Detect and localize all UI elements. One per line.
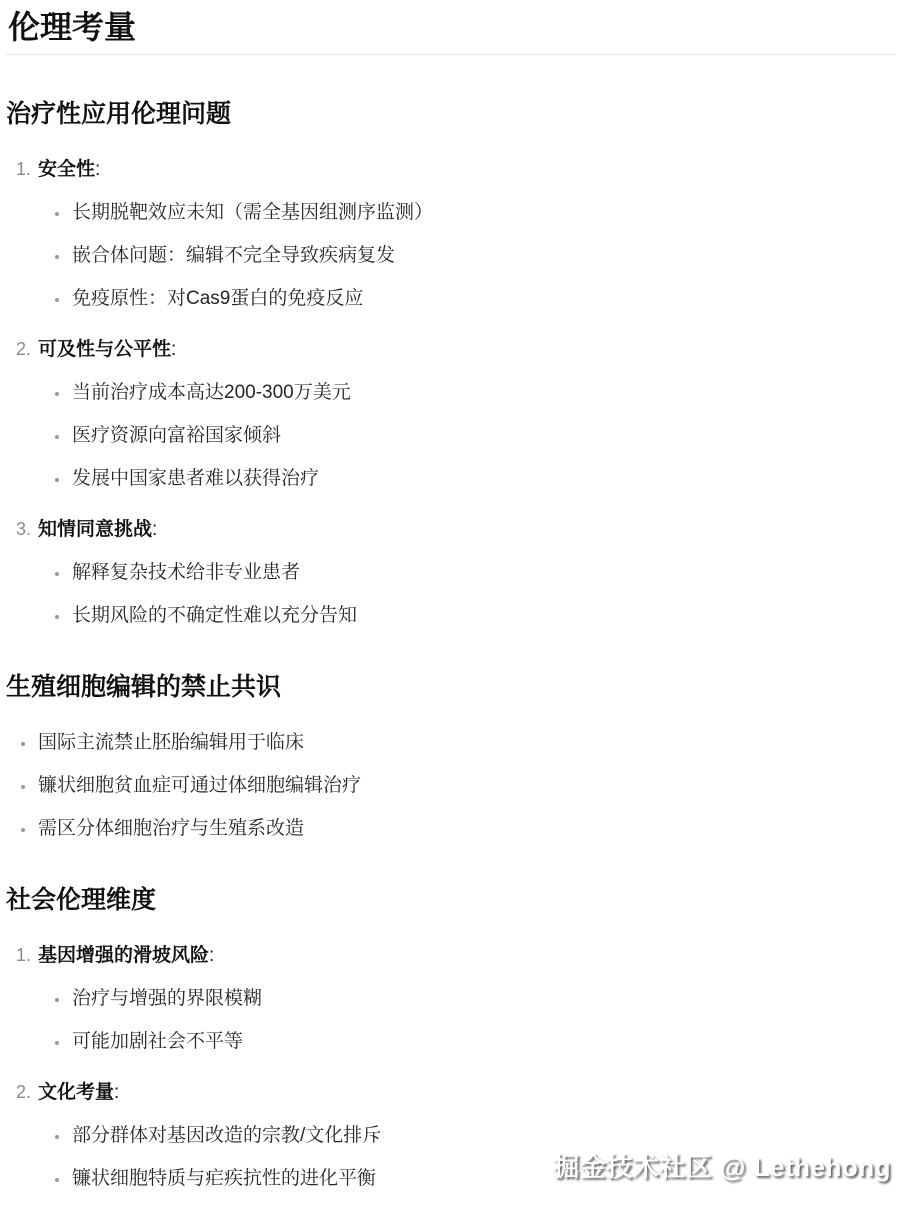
list-item: 安全性: 长期脱靶效应未知（需全基因组测序监测） 嵌合体问题：编辑不完全导致疾病… (36, 157, 895, 311)
list-item: 知情同意挑战: 解释复杂技术给非专业患者 长期风险的不确定性难以充分告知 (36, 517, 895, 628)
list-item-colon: : (171, 339, 176, 360)
list-item-label: 文化考量: (38, 1082, 119, 1103)
ordered-list: 安全性: 长期脱靶效应未知（需全基因组测序监测） 嵌合体问题：编辑不完全导致疾病… (6, 157, 895, 628)
bullet-item: 可能加剧社会不平等 (70, 1029, 895, 1054)
section-germline-ban: 生殖细胞编辑的禁止共识 国际主流禁止胚胎编辑用于临床 镰状细胞贫血症可通过体细胞… (6, 672, 895, 841)
sub-bullet-list: 当前治疗成本高达200-300万美元 医疗资源向富裕国家倾斜 发展中国家患者难以… (38, 380, 895, 491)
bullet-item: 长期脱靶效应未知（需全基因组测序监测） (70, 200, 895, 225)
list-item-colon: : (209, 945, 214, 966)
list-item-term: 可及性与公平性 (38, 339, 171, 360)
bullet-item: 免疫原性：对Cas9蛋白的免疫反应 (70, 286, 895, 311)
bullet-item: 镰状细胞贫血症可通过体细胞编辑治疗 (36, 773, 895, 798)
bullet-list: 国际主流禁止胚胎编辑用于临床 镰状细胞贫血症可通过体细胞编辑治疗 需区分体细胞治… (6, 730, 895, 841)
bullet-item: 嵌合体问题：编辑不完全导致疾病复发 (70, 243, 895, 268)
title-divider (6, 54, 895, 55)
list-item-colon: : (152, 519, 157, 540)
bullet-item: 长期风险的不确定性难以充分告知 (70, 603, 895, 628)
bullet-item: 医疗资源向富裕国家倾斜 (70, 423, 895, 448)
sub-bullet-list: 解释复杂技术给非专业患者 长期风险的不确定性难以充分告知 (38, 560, 895, 628)
section-heading: 社会伦理维度 (6, 885, 895, 916)
list-item-colon: : (114, 1082, 119, 1103)
list-item-label: 可及性与公平性: (38, 339, 176, 360)
sub-bullet-list: 长期脱靶效应未知（需全基因组测序监测） 嵌合体问题：编辑不完全导致疾病复发 免疫… (38, 200, 895, 311)
list-item: 基因增强的滑坡风险: 治疗与增强的界限模糊 可能加剧社会不平等 (36, 943, 895, 1054)
list-item-colon: : (95, 159, 100, 180)
section-heading: 生殖细胞编辑的禁止共识 (6, 672, 895, 703)
list-item-term: 知情同意挑战 (38, 519, 152, 540)
bullet-item: 治疗与增强的界限模糊 (70, 986, 895, 1011)
section-social-ethics: 社会伦理维度 基因增强的滑坡风险: 治疗与增强的界限模糊 可能加剧社会不平等 文… (6, 885, 895, 1191)
section-heading: 治疗性应用伦理问题 (6, 99, 895, 130)
sub-bullet-list: 治疗与增强的界限模糊 可能加剧社会不平等 (38, 986, 895, 1054)
list-item-term: 安全性 (38, 159, 95, 180)
bullet-item: 解释复杂技术给非专业患者 (70, 560, 895, 585)
list-item-label: 知情同意挑战: (38, 519, 157, 540)
list-item: 文化考量: 部分群体对基因改造的宗教/文化排斥 镰状细胞特质与疟疾抗性的进化平衡 (36, 1080, 895, 1191)
sub-bullet-list: 部分群体对基因改造的宗教/文化排斥 镰状细胞特质与疟疾抗性的进化平衡 (38, 1123, 895, 1191)
bullet-item: 国际主流禁止胚胎编辑用于临床 (36, 730, 895, 755)
bullet-item: 当前治疗成本高达200-300万美元 (70, 380, 895, 405)
ordered-list: 基因增强的滑坡风险: 治疗与增强的界限模糊 可能加剧社会不平等 文化考量: 部分… (6, 943, 895, 1191)
list-item-term: 基因增强的滑坡风险 (38, 945, 209, 966)
bullet-item: 部分群体对基因改造的宗教/文化排斥 (70, 1123, 895, 1148)
document: 伦理考量 治疗性应用伦理问题 安全性: 长期脱靶效应未知（需全基因组测序监测） … (0, 0, 915, 1191)
bullet-item: 镰状细胞特质与疟疾抗性的进化平衡 (70, 1166, 895, 1191)
bullet-item: 发展中国家患者难以获得治疗 (70, 466, 895, 491)
list-item-label: 基因增强的滑坡风险: (38, 945, 214, 966)
list-item: 可及性与公平性: 当前治疗成本高达200-300万美元 医疗资源向富裕国家倾斜 … (36, 337, 895, 491)
bullet-item: 需区分体细胞治疗与生殖系改造 (36, 816, 895, 841)
page-title: 伦理考量 (8, 8, 895, 46)
list-item-term: 文化考量 (38, 1082, 114, 1103)
section-therapeutic-ethics: 治疗性应用伦理问题 安全性: 长期脱靶效应未知（需全基因组测序监测） 嵌合体问题… (6, 99, 895, 628)
list-item-label: 安全性: (38, 159, 100, 180)
